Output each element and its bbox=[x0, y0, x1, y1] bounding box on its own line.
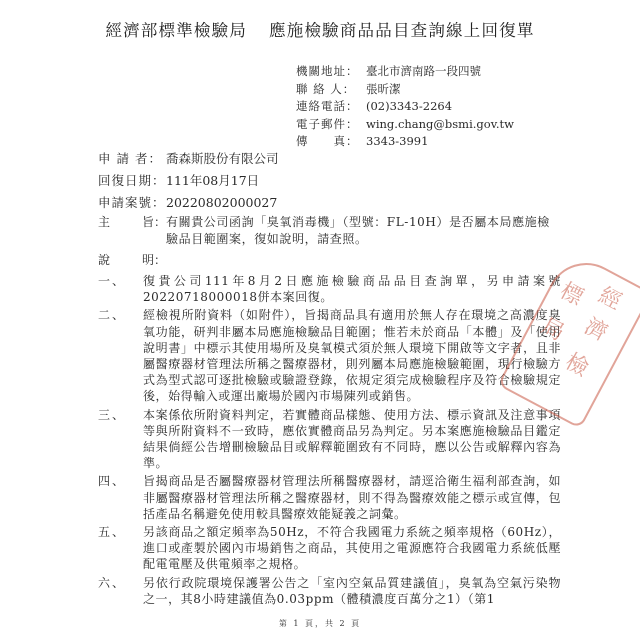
page-number: 第 1 頁，共 2 頁 bbox=[0, 618, 640, 629]
reply-date: 回復日期：111年08月17日 bbox=[98, 170, 279, 192]
contact-fax: 傳 真：3343-3991 bbox=[296, 133, 514, 151]
case-number: 申請案號：20220802000027 bbox=[98, 192, 279, 214]
document-title: 經濟部標準檢驗局應施檢驗商品品目查詢線上回復單 bbox=[0, 17, 640, 41]
form-title: 應施檢驗商品品目查詢線上回復單 bbox=[269, 21, 535, 40]
explanation-item: 三、本案係依所附資料判定，若實體商品樣態、使用方法、標示資訊及注意事項等與所附資… bbox=[98, 407, 561, 472]
explanation-label: 說明： bbox=[98, 251, 166, 268]
explanation-item: 五、另該商品之額定頻率為50Hz，不符合我國電力系統之頻率規格（60Hz），進口… bbox=[98, 524, 561, 573]
subject-label: 主旨： bbox=[98, 214, 166, 248]
contact-phone: 連絡電話：(02)3343-2264 bbox=[296, 98, 514, 116]
application-meta: 申 請 者：喬森斯股份有限公司 回復日期：111年08月17日 申請案號：202… bbox=[98, 148, 279, 214]
explanation-item: 二、經檢視所附資料（如附件），旨揭商品具有適用於無人存在環境之高濃度臭氧功能，研… bbox=[98, 307, 561, 404]
subject-text: 有關貴公司函詢「臭氧消毒機」（型號：FL-10H）是否屬本局應施檢驗品目範圍案，… bbox=[166, 214, 556, 248]
contact-address: 機關地址：臺北市濟南路一段四號 bbox=[296, 63, 514, 81]
subject-section: 主旨： 有關貴公司函詢「臭氧消毒機」（型號：FL-10H）是否屬本局應施檢驗品目… bbox=[98, 214, 556, 248]
reply-document: 經濟部標準檢驗局應施檢驗商品品目查詢線上回復單 機關地址：臺北市濟南路一段四號 … bbox=[0, 0, 640, 640]
contact-person: 聯 絡 人：張昕潔 bbox=[296, 81, 514, 99]
contact-email: 電子郵件：wing.chang@bsmi.gov.tw bbox=[296, 116, 514, 134]
contact-block: 機關地址：臺北市濟南路一段四號 聯 絡 人：張昕潔 連絡電話：(02)3343-… bbox=[296, 63, 514, 151]
explanation-item: 六、另依行政院環境保護署公告之「室內空氣品質建議值」，臭氧為空氣污染物之一，其8… bbox=[98, 575, 561, 607]
explanation-item: 一、復貴公司111年8月2日應施檢驗商品品目查詢單，另申請案號202207180… bbox=[98, 273, 561, 305]
agency-name: 經濟部標準檢驗局 bbox=[105, 21, 247, 40]
applicant: 申 請 者：喬森斯股份有限公司 bbox=[98, 148, 279, 170]
explanation-item: 四、旨揭商品是否屬醫療器材管理法所稱醫療器材，請逕洽衛生福利部查詢，如非屬醫療器… bbox=[98, 473, 561, 522]
explanation-items: 一、復貴公司111年8月2日應施檢驗商品品目查詢單，另申請案號202207180… bbox=[98, 273, 561, 609]
